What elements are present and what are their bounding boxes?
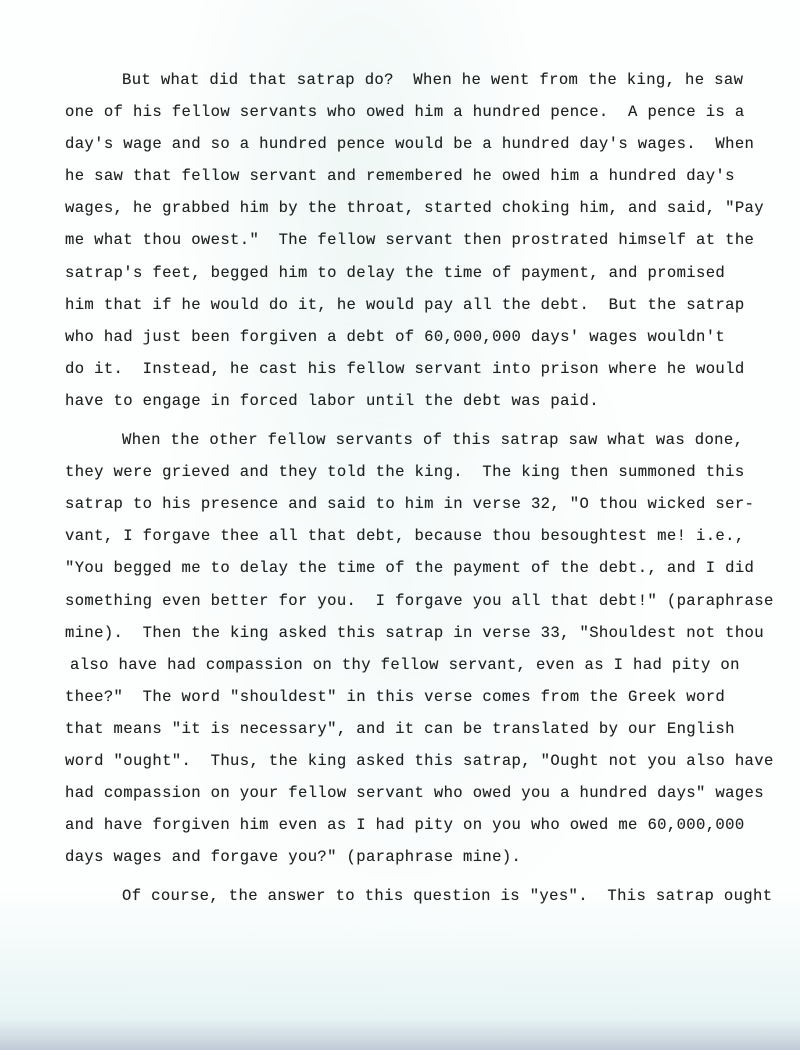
text-line: have to engage in forced labor until the… [65, 385, 765, 417]
text-line: word "ought". Thus, the king asked this … [65, 745, 765, 777]
typewritten-page: But what did that satrap do? When he wen… [0, 0, 800, 1050]
text-line: wages, he grabbed him by the throat, sta… [65, 192, 765, 224]
text-line: mine). Then the king asked this satrap i… [65, 617, 765, 649]
text-line: When the other fellow servants of this s… [65, 424, 765, 456]
text-line: do it. Instead, he cast his fellow serva… [65, 353, 765, 385]
text-line: me what thou owest." The fellow servant … [65, 224, 765, 256]
text-line: satrap to his presence and said to him i… [65, 488, 765, 520]
text-line: something even better for you. I forgave… [65, 585, 765, 617]
text-line: they were grieved and they told the king… [65, 456, 765, 488]
text-line: Of course, the answer to this question i… [65, 880, 765, 912]
page-text: But what did that satrap do? When he wen… [65, 64, 765, 912]
text-line: he saw that fellow servant and remembere… [65, 160, 765, 192]
text-line: "You begged me to delay the time of the … [65, 552, 765, 584]
text-line: thee?" The word "shouldest" in this vers… [65, 681, 765, 713]
text-line: and have forgiven him even as I had pity… [65, 809, 765, 841]
text-line: him that if he would do it, he would pay… [65, 289, 765, 321]
text-line: satrap's feet, begged him to delay the t… [65, 257, 765, 289]
text-line: who had just been forgiven a debt of 60,… [65, 321, 765, 353]
text-line: vant, I forgave thee all that debt, beca… [65, 520, 765, 552]
text-line: had compassion on your fellow servant wh… [65, 777, 765, 809]
text-line: day's wage and so a hundred pence would … [65, 128, 765, 160]
text-line: days wages and forgave you?" (paraphrase… [65, 841, 765, 873]
text-line: that means "it is necessary", and it can… [65, 713, 765, 745]
text-line: one of his fellow servants who owed him … [65, 96, 765, 128]
text-line: also have had compassion on thy fellow s… [65, 649, 765, 681]
text-line: But what did that satrap do? When he wen… [65, 64, 765, 96]
